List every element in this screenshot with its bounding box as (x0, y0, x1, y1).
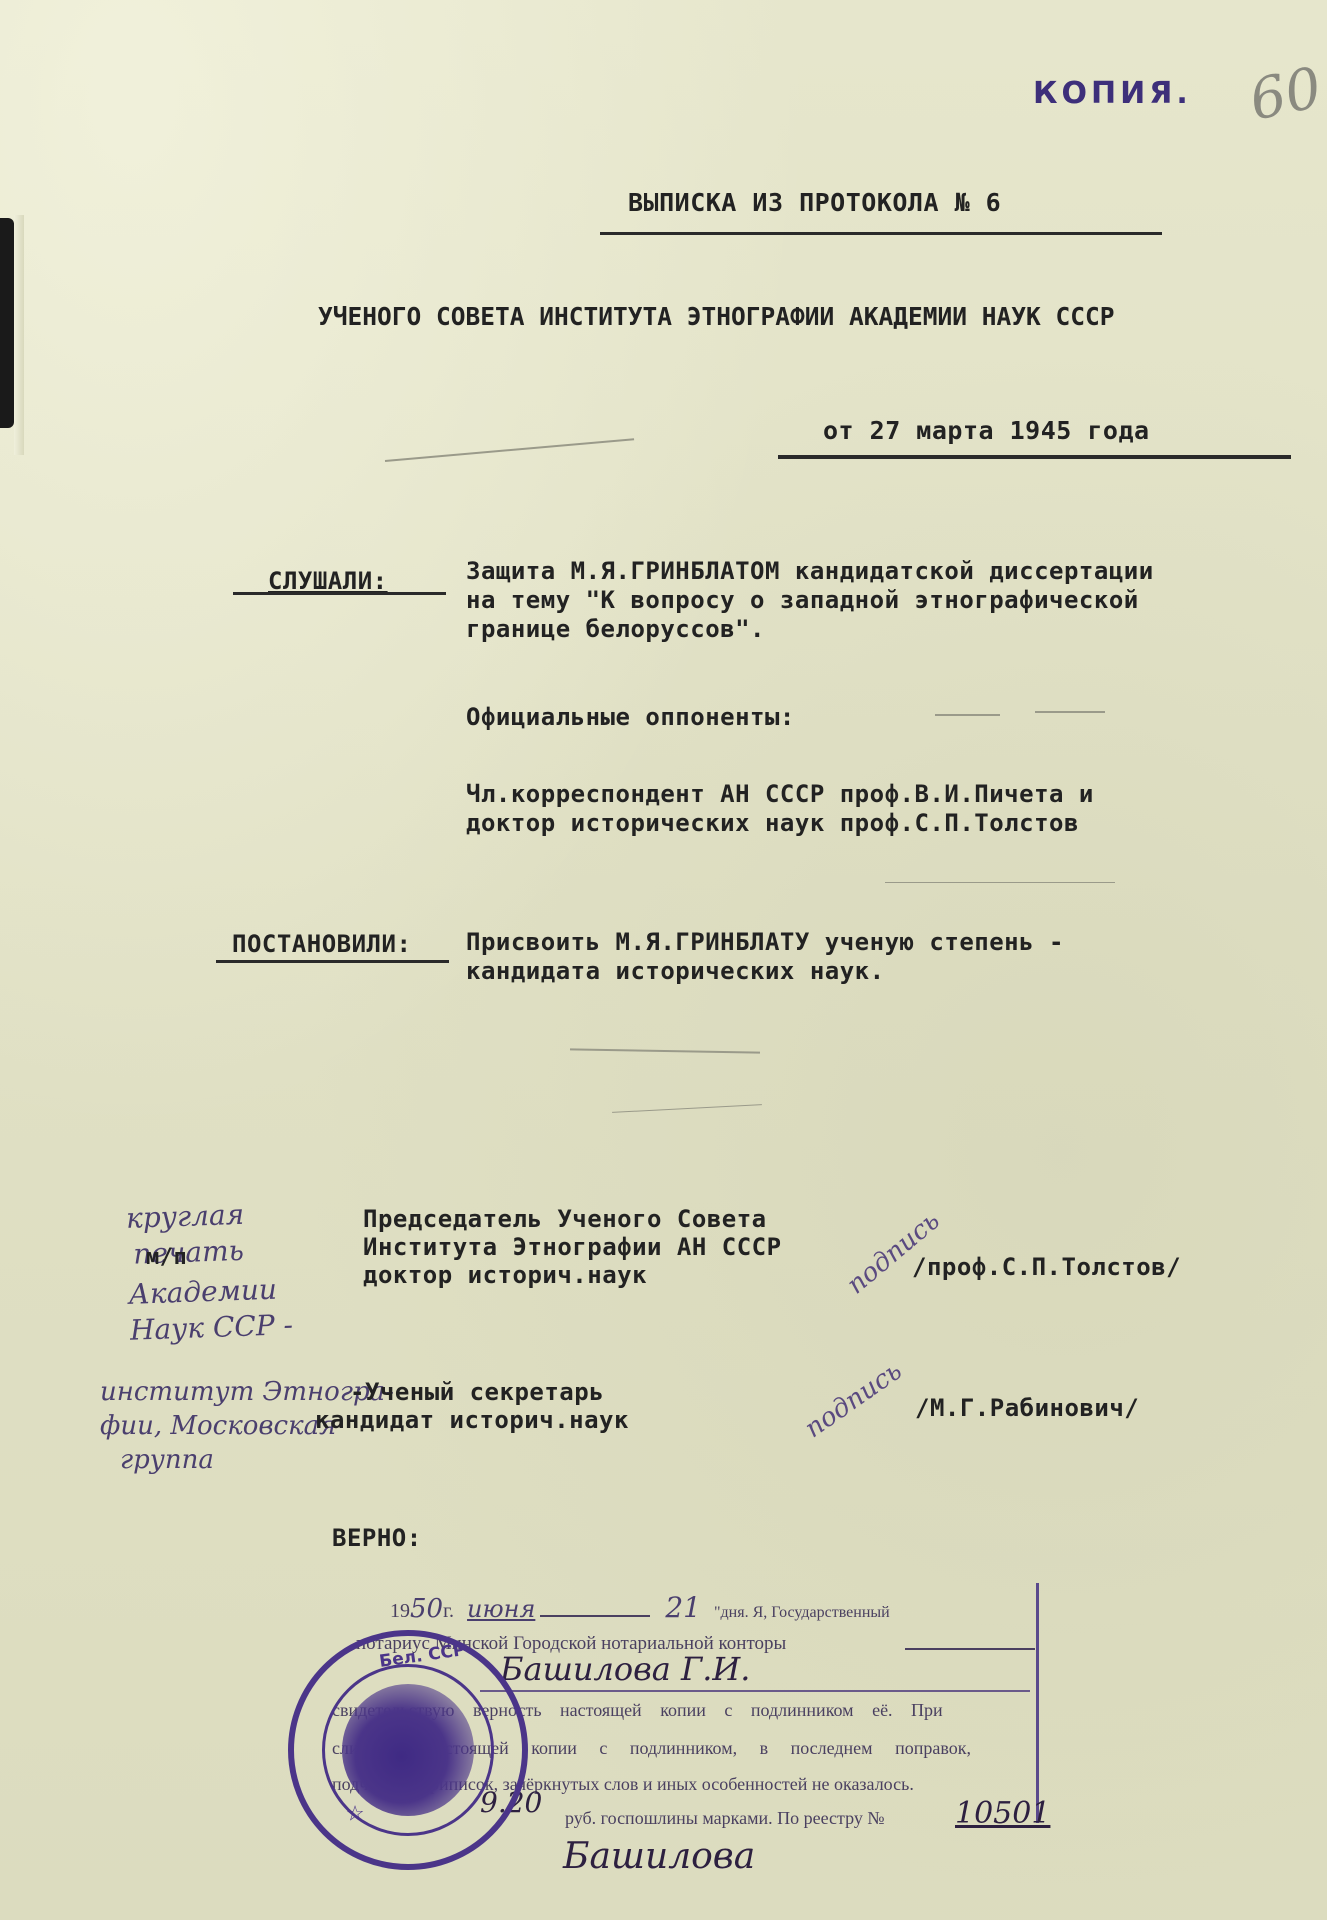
notary-signature: Башилова (563, 1836, 755, 1877)
document-subtitle: УЧЕНОГО СОВЕТА ИНСТИТУТА ЭТНОГРАФИИ АКАД… (318, 302, 1115, 331)
verified-label: ВЕРНО: (332, 1524, 422, 1552)
notary-name-handwritten: Башилова Г.И. (500, 1650, 750, 1688)
heard-label: СЛУШАЛИ: (268, 567, 388, 595)
notary-date-line: 1950г. июня 21 "дня. Я, Государственный (390, 1591, 890, 1624)
heard-line: Защита М.Я.ГРИНБЛАТОМ кандидатской диссе… (466, 557, 1154, 586)
page-number: 60 (1244, 55, 1327, 133)
secretary-title: -Ученый секретарь кандидат историч.наук (350, 1378, 629, 1434)
pencil-dash (935, 714, 1000, 716)
resolved-line: кандидата исторических наук. (466, 957, 1064, 986)
resolved-label: ПОСТАНОВИЛИ: (232, 930, 411, 958)
resolved-line: Присвоить М.Я.ГРИНБЛАТУ ученую степень - (466, 928, 1064, 957)
pencil-stroke (612, 1104, 762, 1113)
seal-place-mark: м/п (146, 1245, 187, 1270)
secretary-name: /М.Г.Рабинович/ (915, 1394, 1139, 1422)
secretary-signature-mark: подпись (799, 1356, 907, 1444)
resolved-text: Присвоить М.Я.ГРИНБЛАТУ ученую степень -… (466, 928, 1064, 986)
document-date: от 27 марта 1945 года (823, 416, 1150, 445)
opponents-text: Чл.корреспондент АН СССР проф.В.И.Пичета… (466, 780, 1094, 838)
margin-handwritten-note: круглая печать Академии Наук ССР - (125, 1195, 293, 1349)
chairman-name: /проф.С.П.Толстов/ (912, 1253, 1181, 1281)
pencil-stroke (385, 438, 634, 462)
registry-number: 10501 (955, 1796, 1050, 1831)
star-icon: ☆ (346, 1794, 364, 1829)
binding-edge (0, 218, 14, 428)
date-underline (778, 455, 1291, 459)
heard-line: границе белоруссов". (466, 615, 1154, 644)
fee-registry-line: руб. госпошлины марками. По реестру № (565, 1808, 885, 1829)
document-title: ВЫПИСКА ИЗ ПРОТОКОЛА № 6 (628, 188, 1001, 217)
opponent-line: Чл.корреспондент АН СССР проф.В.И.Пичета… (466, 780, 1094, 809)
heard-line: на тему "К вопросу о западной этнографич… (466, 586, 1154, 615)
chairman-title: Председатель Ученого Совета Института Эт… (363, 1205, 782, 1289)
copy-stamp: КОПИЯ. (1033, 76, 1192, 111)
resolved-label-underline (216, 960, 449, 963)
title-underline (600, 232, 1162, 235)
heard-text: Защита М.Я.ГРИНБЛАТОМ кандидатской диссе… (466, 557, 1154, 644)
pencil-dash (1035, 711, 1105, 713)
opponents-label: Официальные оппоненты: (466, 703, 795, 731)
paper-crease (14, 215, 24, 455)
pencil-stroke (885, 882, 1115, 883)
opponent-line: доктор исторических наук проф.С.П.Толсто… (466, 809, 1094, 838)
pencil-stroke (570, 1048, 760, 1053)
heard-label-underline (233, 592, 446, 595)
notary-seal: Бел. ССР ☆ (288, 1630, 528, 1870)
